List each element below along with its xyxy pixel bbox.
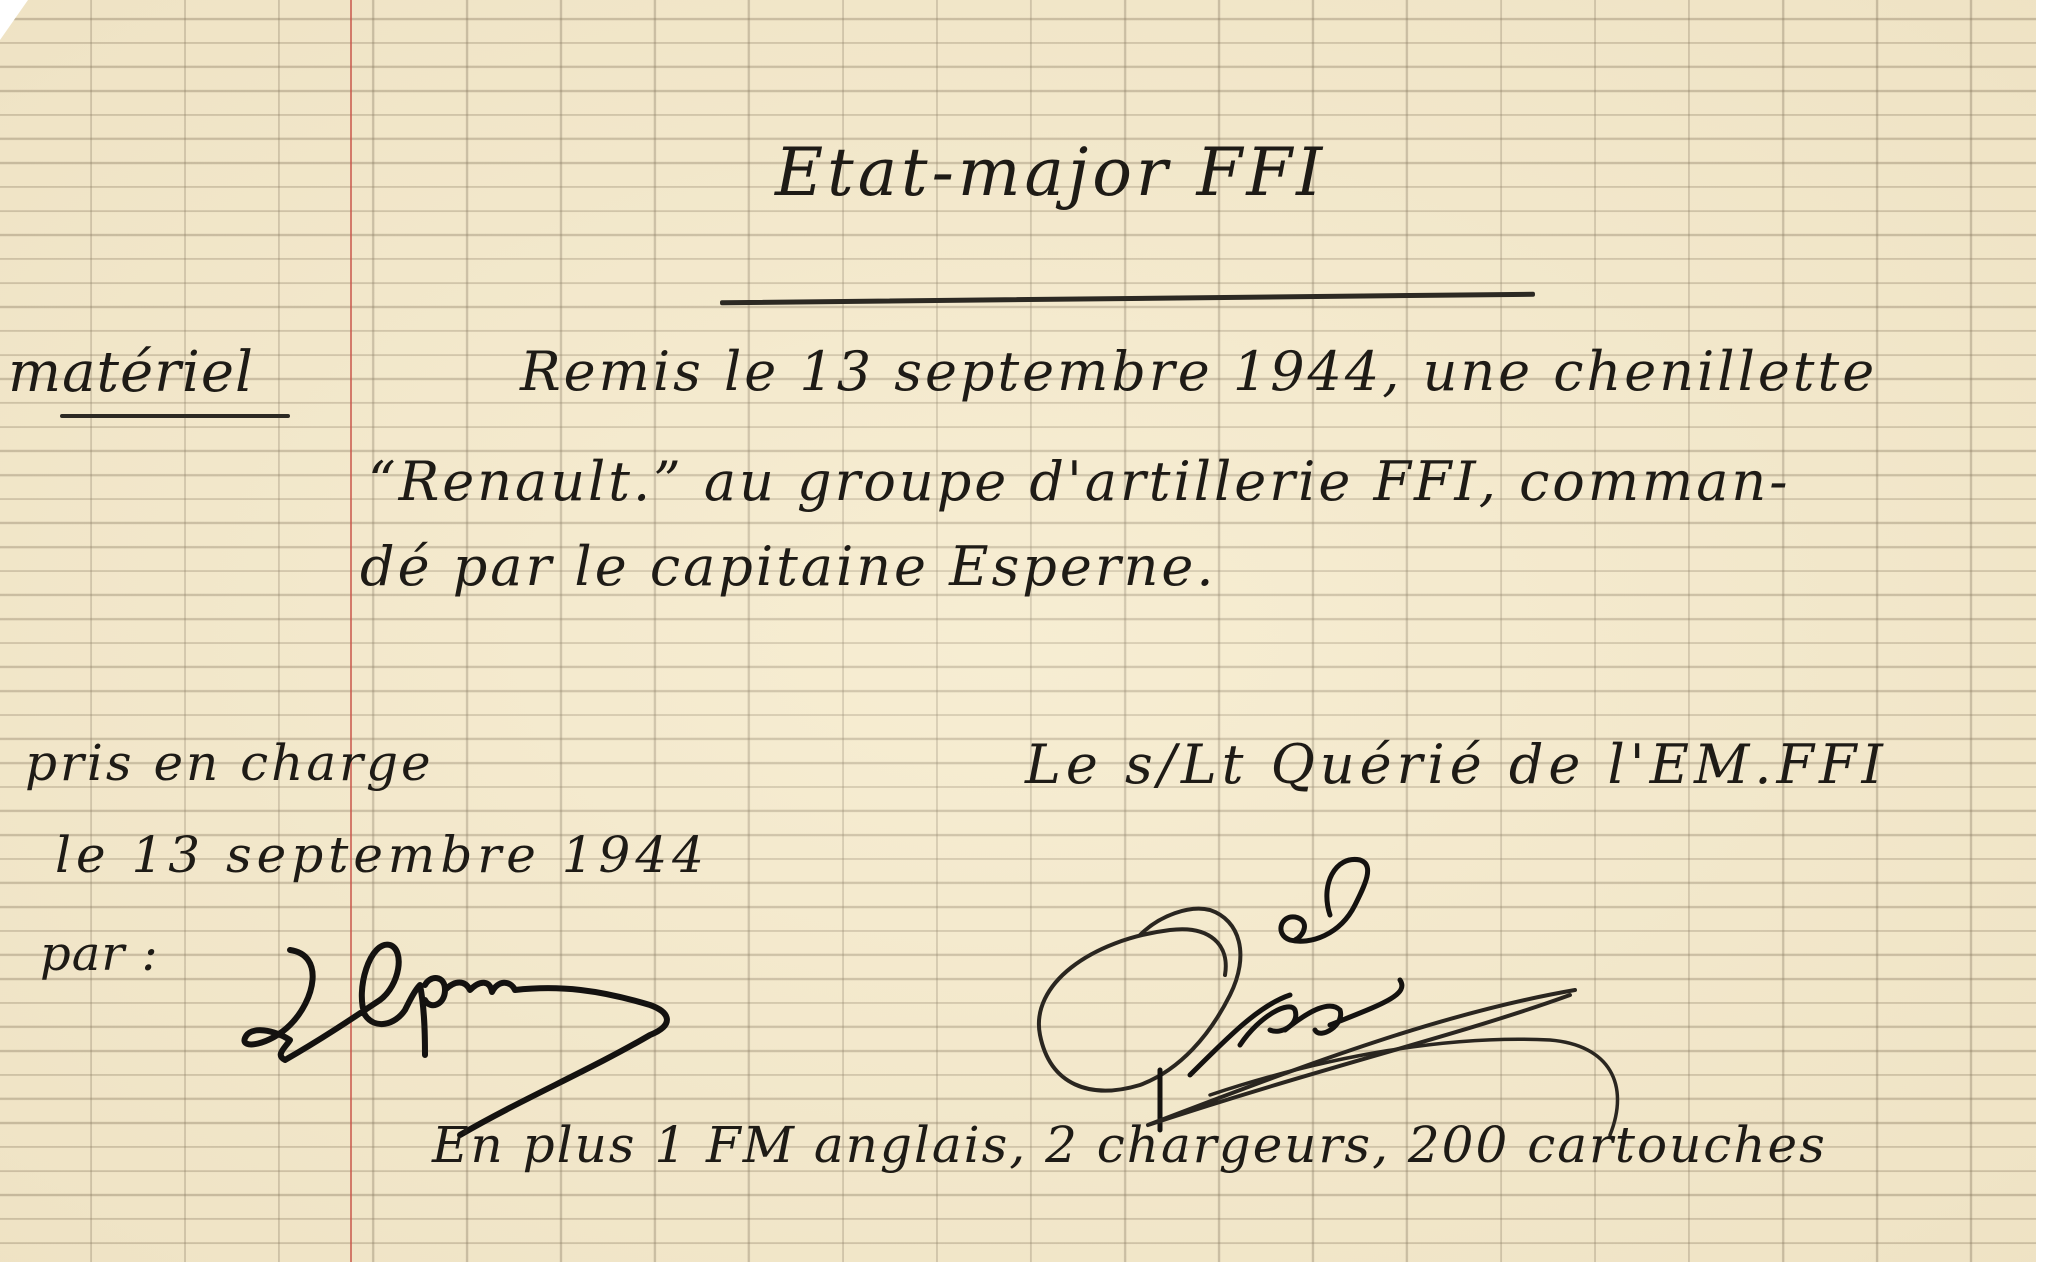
receipt-line-1: pris en charge	[25, 738, 434, 788]
receipt-by-label: par :	[40, 930, 159, 978]
body-line-3: dé par le capitaine Esperne.	[360, 540, 1217, 594]
margin-label: matériel	[8, 345, 254, 401]
issuer-title: Le s/Lt Quérié de l'EM.FFI	[1025, 738, 1888, 792]
body-line-1: Remis le 13 septembre 1944, une chenille…	[520, 345, 1877, 399]
footer-note: En plus 1 FM anglais, 2 chargeurs, 200 c…	[432, 1120, 1827, 1170]
receipt-date: le 13 septembre 1944	[55, 830, 709, 880]
margin-label-underline	[60, 414, 290, 418]
document-title: Etat-major FFI	[775, 140, 1326, 206]
body-line-2: “Renault.” au groupe d'artillerie FFI, c…	[368, 455, 1790, 509]
